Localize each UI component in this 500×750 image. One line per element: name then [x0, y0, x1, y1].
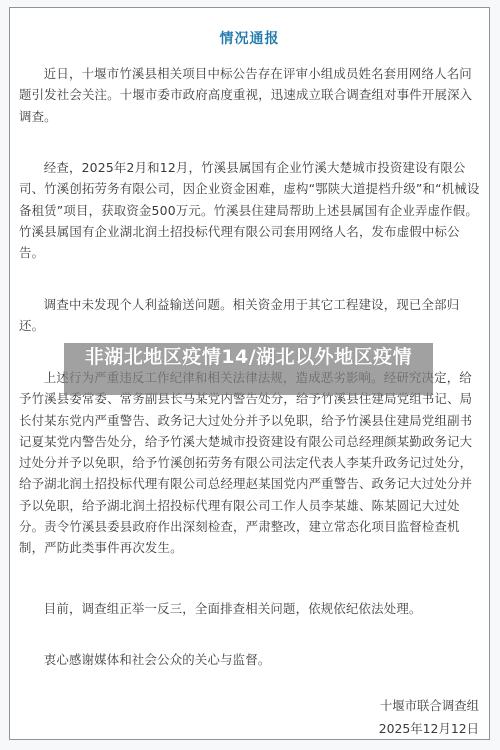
signature-date: 2025年12月12日	[379, 719, 479, 737]
document-title: 情况通报	[10, 28, 489, 48]
paragraph-no-benefit: 调查中未发现个人利益输送问题。相关资金用于其它工程建设，现已全部归还。	[19, 294, 483, 337]
caption-overlay-text: 非湖北地区疫情14/湖北以外地区疫情	[64, 345, 433, 369]
paragraph-findings: 经查，2025年2月和12月，竹溪县属国有企业竹溪大楚城市投资建设有限公司、竹溪…	[19, 157, 483, 263]
paragraph-thanks: 衷心感谢媒体和社会公众的关心与监督。	[19, 649, 483, 670]
paragraph-punishments: 上述行为严重违反工作纪律和相关法律法规，造成恶劣影响。经研究决定，给予竹溪县委常…	[19, 367, 483, 559]
signature-org: 十堰市联合调查组	[380, 696, 479, 714]
paragraph-intro: 近日，十堰市竹溪县相关项目中标公告存在评审小组成员姓名套用网络人名问题引发社会关…	[19, 63, 483, 127]
paragraph-current-action: 目前，调查组正举一反三，全面排查相关问题，依规依纪依法处理。	[19, 598, 483, 619]
